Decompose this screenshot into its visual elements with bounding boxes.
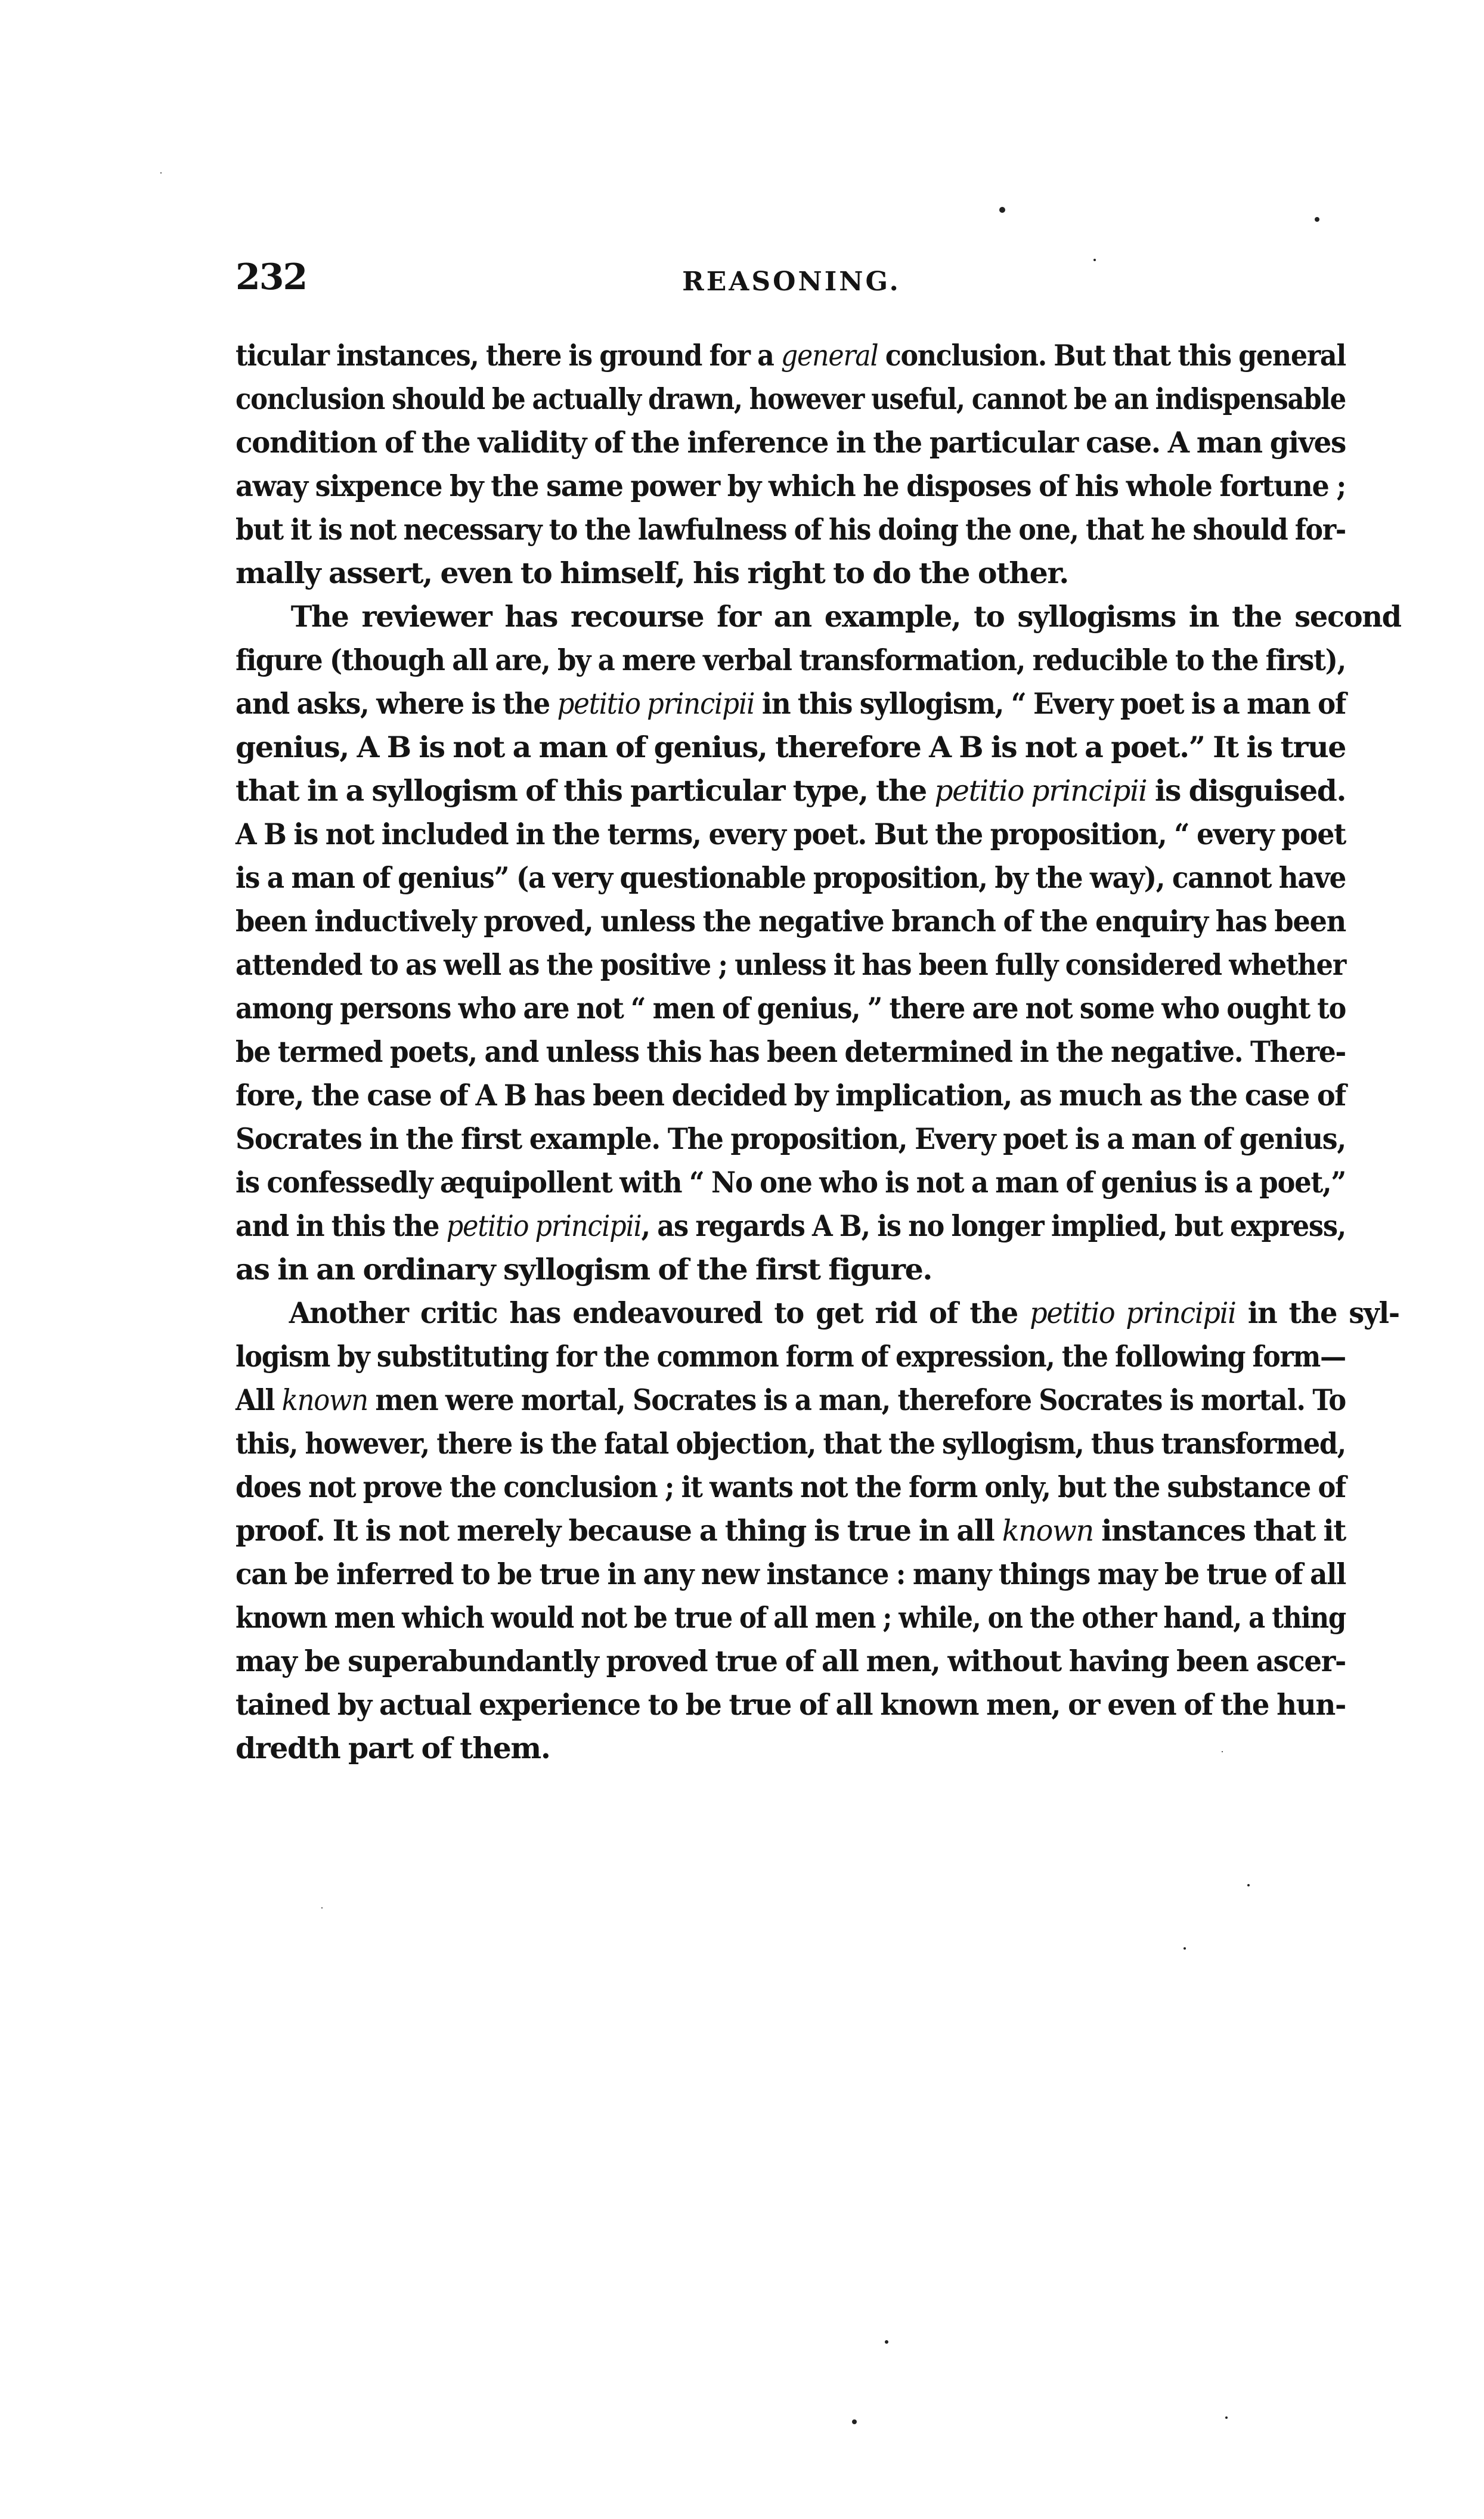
text-run: away sixpence by the same power by which… <box>236 469 1346 503</box>
text-line: ticular instances, there is ground for a… <box>236 334 1346 377</box>
text-run: conclusion should be actually drawn, how… <box>236 382 1346 416</box>
paragraph: The reviewer has recourse for an example… <box>236 595 1346 1291</box>
italic-text: petitio principii <box>1030 1296 1236 1330</box>
text-run: ticular instances, there is ground for a <box>236 338 781 373</box>
text-line: genius, A B is not a man of genius, ther… <box>236 726 1346 769</box>
paragraph: ticular instances, there is ground for a… <box>236 334 1346 595</box>
text-line: All known men were mortal, Socrates is a… <box>236 1378 1346 1422</box>
text-run: dredth part of them. <box>236 1731 550 1765</box>
italic-text: petitio principii <box>447 1209 642 1243</box>
text-run: mally assert, even to himself, his right… <box>236 556 1068 590</box>
scan-speck <box>1225 2416 1228 2419</box>
scan-speck <box>1222 1751 1223 1752</box>
text-run: among persons who are not “ men of geniu… <box>236 991 1346 1025</box>
text-run: genius, A B is not a man of genius, ther… <box>236 730 1346 764</box>
text-line: may be superabundantly proved true of al… <box>236 1640 1346 1683</box>
text-run: condition of the validity of the inferen… <box>236 425 1346 460</box>
italic-text: petitio principii <box>557 687 754 721</box>
body-text: ticular instances, there is ground for a… <box>236 334 1346 1770</box>
text-run: Another critic has endeavoured to get ri… <box>289 1296 1030 1330</box>
text-run: fore, the case of A B has been decided b… <box>236 1078 1346 1113</box>
text-line: logism by substituting for the common fo… <box>236 1335 1346 1378</box>
text-run: known men which would not be true of all… <box>236 1600 1346 1635</box>
text-line: tained by actual experience to be true o… <box>236 1683 1346 1727</box>
scan-speck <box>1315 217 1319 222</box>
text-run: All <box>236 1383 282 1417</box>
text-run: as in an ordinary syllogism of the first… <box>236 1252 932 1287</box>
text-run: may be superabundantly proved true of al… <box>236 1644 1346 1678</box>
text-line: conclusion should be actually drawn, how… <box>236 377 1346 421</box>
scan-speck <box>885 2340 888 2344</box>
italic-text: general <box>781 339 878 373</box>
text-line: The reviewer has recourse for an example… <box>236 595 1401 639</box>
text-run: logism by substituting for the common fo… <box>236 1339 1346 1374</box>
text-line: mally assert, even to himself, his right… <box>236 551 1346 595</box>
text-run: and in this the <box>236 1209 447 1243</box>
text-run: is confessedly æquipollent with “ No one… <box>236 1165 1346 1200</box>
scan-speck <box>852 2419 857 2424</box>
paragraph: Another critic has endeavoured to get ri… <box>236 1291 1346 1770</box>
text-line: be termed poets, and unless this has bee… <box>236 1030 1346 1074</box>
text-line: is confessedly æquipollent with “ No one… <box>236 1161 1346 1204</box>
scan-speck <box>1184 1947 1186 1950</box>
text-run: this, however, there is the fatal object… <box>236 1426 1346 1461</box>
text-run: figure (though all are, by a mere verbal… <box>236 643 1346 677</box>
text-line: Another critic has endeavoured to get ri… <box>236 1291 1399 1335</box>
scan-speck <box>999 207 1005 213</box>
text-line: Socrates in the first example. The propo… <box>236 1117 1346 1161</box>
scan-speck <box>160 172 162 173</box>
scan-speck <box>321 1907 323 1908</box>
text-run: is a man of genius” (a very questionable… <box>236 860 1346 895</box>
text-run: Socrates in the first example. The propo… <box>236 1121 1346 1156</box>
text-run: but it is not necessary to the lawfulnes… <box>236 512 1346 547</box>
text-run: is disguised. <box>1147 773 1346 808</box>
text-line: fore, the case of A B has been decided b… <box>236 1074 1346 1117</box>
text-run: been inductively proved, unless the nega… <box>236 904 1346 938</box>
text-line: does not prove the conclusion ; it wants… <box>236 1465 1346 1509</box>
text-line: proof. It is not merely because a thing … <box>236 1509 1346 1553</box>
italic-text: petitio principii <box>934 774 1147 808</box>
text-line: known men which would not be true of all… <box>236 1596 1346 1640</box>
text-line: A B is not included in the terms, every … <box>236 813 1346 856</box>
text-line: and asks, where is the petitio principii… <box>236 682 1346 726</box>
italic-text: known <box>1002 1514 1093 1548</box>
text-run: conclusion. But that this general <box>878 338 1346 373</box>
text-run: and asks, where is the <box>236 686 557 721</box>
text-run: in the syl- <box>1236 1296 1399 1330</box>
text-run: proof. It is not merely because a thing … <box>236 1513 1002 1548</box>
text-run: The reviewer has recourse for an example… <box>291 599 1401 634</box>
text-run: that in a syllogism of this particular t… <box>236 773 934 808</box>
scan-speck <box>1247 1884 1250 1886</box>
text-run: men were mortal, Socrates is a man, ther… <box>368 1383 1346 1417</box>
text-line: is a man of genius” (a very questionable… <box>236 856 1346 900</box>
text-run: instances that it <box>1093 1513 1346 1548</box>
text-run: attended to as well as the positive ; un… <box>236 947 1346 982</box>
book-page: 232 REASONING. ticular instances, there … <box>0 0 1484 2519</box>
text-line: attended to as well as the positive ; un… <box>236 943 1346 987</box>
text-line: but it is not necessary to the lawfulnes… <box>236 508 1346 551</box>
text-run: A B is not included in the terms, every … <box>236 817 1346 851</box>
text-line: dredth part of them. <box>236 1727 1346 1770</box>
text-run: in this syllogism, “ Every poet is a man… <box>754 686 1346 721</box>
text-line: this, however, there is the fatal object… <box>236 1422 1346 1465</box>
text-line: been inductively proved, unless the nega… <box>236 900 1346 943</box>
italic-text: known <box>282 1383 368 1417</box>
scan-speck <box>1093 259 1096 261</box>
text-line: that in a syllogism of this particular t… <box>236 769 1346 813</box>
text-line: condition of the validity of the inferen… <box>236 421 1346 464</box>
text-run: tained by actual experience to be true o… <box>236 1687 1346 1722</box>
text-run: be termed poets, and unless this has bee… <box>236 1034 1346 1069</box>
text-line: away sixpence by the same power by which… <box>236 464 1346 508</box>
text-run: , as regards A B, is no longer implied, … <box>642 1209 1346 1243</box>
text-line: can be inferred to be true in any new in… <box>236 1553 1346 1596</box>
page-header: 232 REASONING. <box>236 250 1347 304</box>
text-line: figure (though all are, by a mere verbal… <box>236 639 1346 682</box>
running-title: REASONING. <box>236 255 1347 309</box>
text-run: can be inferred to be true in any new in… <box>236 1557 1346 1591</box>
text-line: as in an ordinary syllogism of the first… <box>236 1248 1346 1291</box>
text-line: among persons who are not “ men of geniu… <box>236 987 1346 1030</box>
text-run: does not prove the conclusion ; it wants… <box>236 1470 1346 1504</box>
text-line: and in this the petitio principii, as re… <box>236 1204 1346 1248</box>
